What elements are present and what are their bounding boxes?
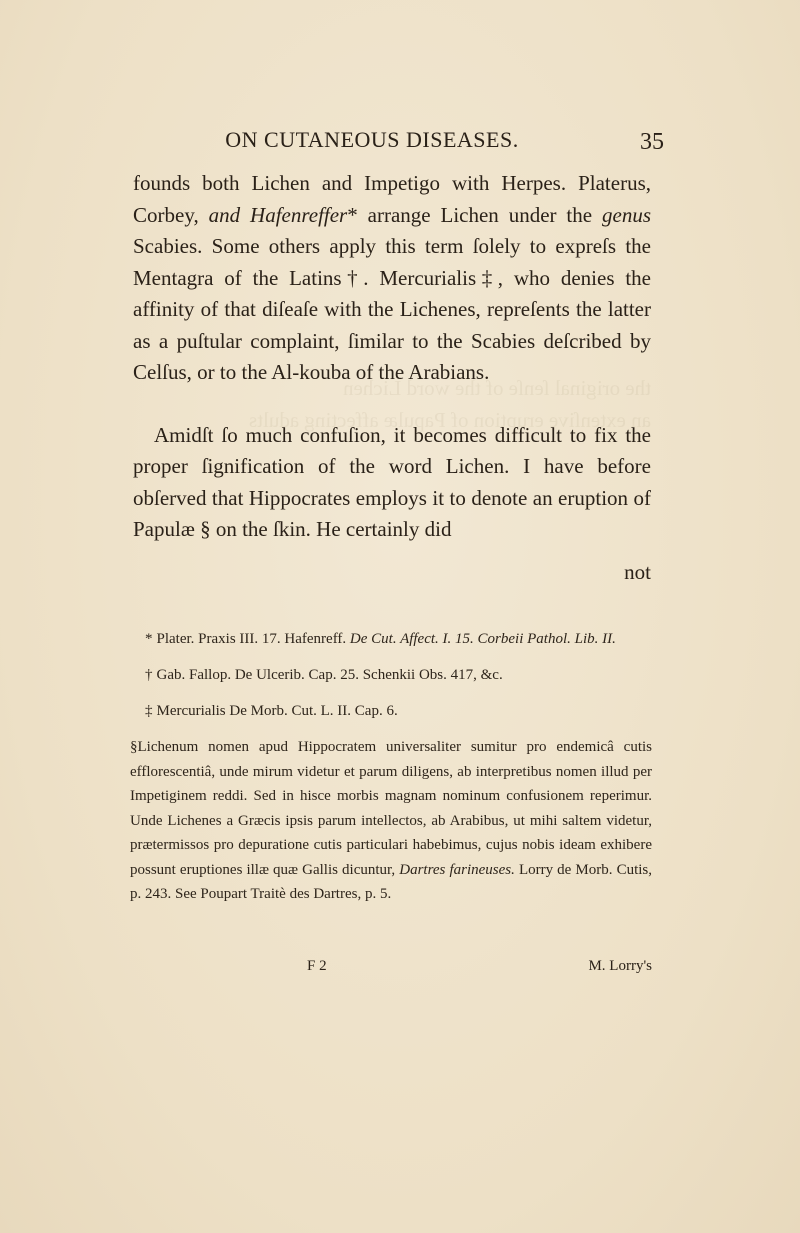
footnote-asterisk: *Plater. Praxis III. 17. Hafenreff. De C… — [130, 627, 652, 651]
footnote-text: Gab. Fallop. De Ulcerib. Cap. 25. Schenk… — [157, 667, 503, 683]
running-title: ON CUTANEOUS DISEASES. — [122, 127, 622, 153]
signature-mark: F 2 — [307, 958, 327, 975]
footer-catchword: M. Lorry's — [588, 958, 652, 975]
section-mark: § — [130, 739, 138, 755]
page-footer: F 2 M. Lorry's — [130, 958, 652, 982]
text-segment: Corbeii — [474, 631, 527, 647]
running-head: ON CUTANEOUS DISEASES. 35 — [122, 127, 652, 157]
footnotes: *Plater. Praxis III. 17. Hafenreff. De C… — [130, 627, 652, 907]
paragraph-2: Amidſt ſo much confuſion, it becomes dif… — [133, 420, 651, 546]
page-number: 35 — [640, 129, 664, 156]
text-segment: * arrange Lichen under the — [347, 203, 602, 227]
italic-segment: genus — [602, 203, 651, 227]
italic-segment: and Hafenreffer — [209, 203, 348, 227]
text-segment: Lichenum nomen apud Hippocratem universa… — [130, 739, 652, 878]
double-dagger-mark: ‡ — [145, 703, 153, 719]
footnote-double-dagger: ‡Mercurialis De Morb. Cut. L. II. Cap. 6… — [130, 699, 652, 723]
text-segment: Plater. Praxis III. 17. Hafenreff. — [157, 631, 350, 647]
italic-segment: Dartres farineuses. — [399, 862, 515, 878]
book-page: the original ſenſe of the word Lichen an… — [0, 0, 800, 1233]
main-text: founds both Lichen and Impetigo with Her… — [133, 168, 651, 546]
text-segment: Scabies. Some others apply this term ſol… — [133, 234, 651, 384]
footnote-text: Mercurialis De Morb. Cut. L. II. Cap. 6. — [157, 703, 398, 719]
footnote-dagger: †Gab. Fallop. De Ulcerib. Cap. 25. Schen… — [130, 663, 652, 687]
footnote-section: §Lichenum nomen apud Hippocratem univers… — [130, 735, 652, 907]
paragraph-1: founds both Lichen and Impetigo with Her… — [133, 168, 651, 389]
dagger-mark: † — [145, 667, 153, 683]
catchword: not — [500, 560, 651, 585]
italic-segment: Pathol. Lib. II. — [527, 631, 616, 647]
italic-segment: De Cut. Affect. I. 15. — [350, 631, 474, 647]
asterisk-mark: * — [145, 631, 153, 647]
